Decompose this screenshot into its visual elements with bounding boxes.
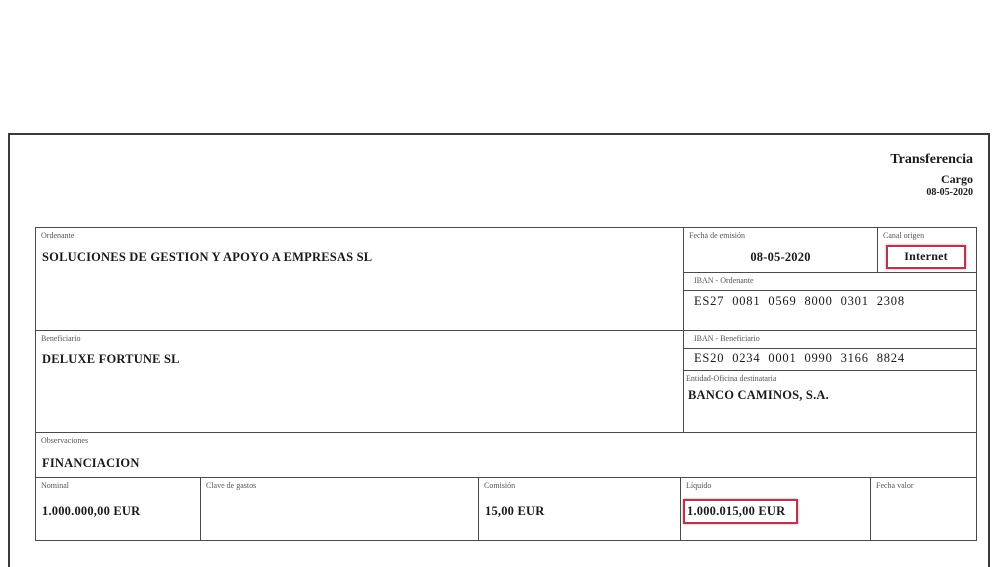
iban-beneficiario-value: ES20 0234 0001 0990 3166 8824	[694, 351, 905, 366]
fecha-emision-label: Fecha de emisión	[689, 231, 745, 240]
iban-ordenante-value: ES27 0081 0569 8000 0301 2308	[694, 294, 905, 309]
canal-origen-label: Canal origen	[883, 231, 924, 240]
entidad-destinataria-label: Entidad-Oficina destinataria	[686, 374, 776, 383]
ordenante-value: SOLUCIONES DE GESTION Y APOYO A EMPRESAS…	[42, 250, 372, 265]
iban-beneficiario-label: IBAN - Beneficiario	[694, 334, 760, 343]
iban-beneficiario-cell: ES20 0234 0001 0990 3166 8824	[683, 348, 977, 371]
iban-ordenante-cell: ES27 0081 0569 8000 0301 2308	[683, 290, 977, 331]
beneficiario-cell: Beneficiario DELUXE FORTUNE SL	[35, 330, 684, 433]
comision-label: Comisión	[484, 481, 515, 490]
document-title: Transferencia	[890, 152, 973, 168]
fecha-valor-label: Fecha valor	[876, 481, 914, 490]
ordenante-label: Ordenante	[41, 231, 74, 240]
observaciones-label: Observaciones	[41, 436, 88, 445]
beneficiario-label: Beneficiario	[41, 334, 81, 343]
iban-ordenante-label-cell: IBAN - Ordenante	[683, 272, 977, 291]
entidad-destinataria-cell: Entidad-Oficina destinataria BANCO CAMIN…	[683, 370, 977, 433]
clave-gastos-cell: Clave de gastos	[200, 477, 479, 541]
canal-origen-cell: Canal origen Internet	[877, 227, 977, 273]
fecha-emision-cell: Fecha de emisión 08-05-2020	[683, 227, 878, 273]
clave-gastos-label: Clave de gastos	[206, 481, 256, 490]
canal-origen-value: Internet	[886, 249, 966, 264]
iban-ordenante-label: IBAN - Ordenante	[694, 276, 754, 285]
document-subtitle: Cargo	[941, 172, 973, 187]
ordenante-cell: Ordenante SOLUCIONES DE GESTION Y APOYO …	[35, 227, 684, 331]
observaciones-cell: Observaciones FINANCIACION	[35, 432, 977, 478]
liquido-label: Líquido	[686, 481, 711, 490]
nominal-cell: Nominal 1.000.000,00 EUR	[35, 477, 201, 541]
liquido-value: 1.000.015,00 EUR	[687, 504, 785, 519]
iban-beneficiario-label-cell: IBAN - Beneficiario	[683, 330, 977, 349]
observaciones-value: FINANCIACION	[42, 456, 140, 471]
liquido-cell: Líquido 1.000.015,00 EUR	[680, 477, 871, 541]
nominal-value: 1.000.000,00 EUR	[42, 504, 140, 519]
document-date: 08-05-2020	[926, 187, 973, 198]
fecha-emision-value: 08-05-2020	[684, 250, 877, 265]
fecha-valor-cell: Fecha valor	[870, 477, 977, 541]
nominal-label: Nominal	[41, 481, 69, 490]
beneficiario-value: DELUXE FORTUNE SL	[42, 352, 180, 367]
comision-value: 15,00 EUR	[485, 504, 544, 519]
entidad-destinataria-value: BANCO CAMINOS, S.A.	[688, 388, 829, 403]
comision-cell: Comisión 15,00 EUR	[478, 477, 681, 541]
